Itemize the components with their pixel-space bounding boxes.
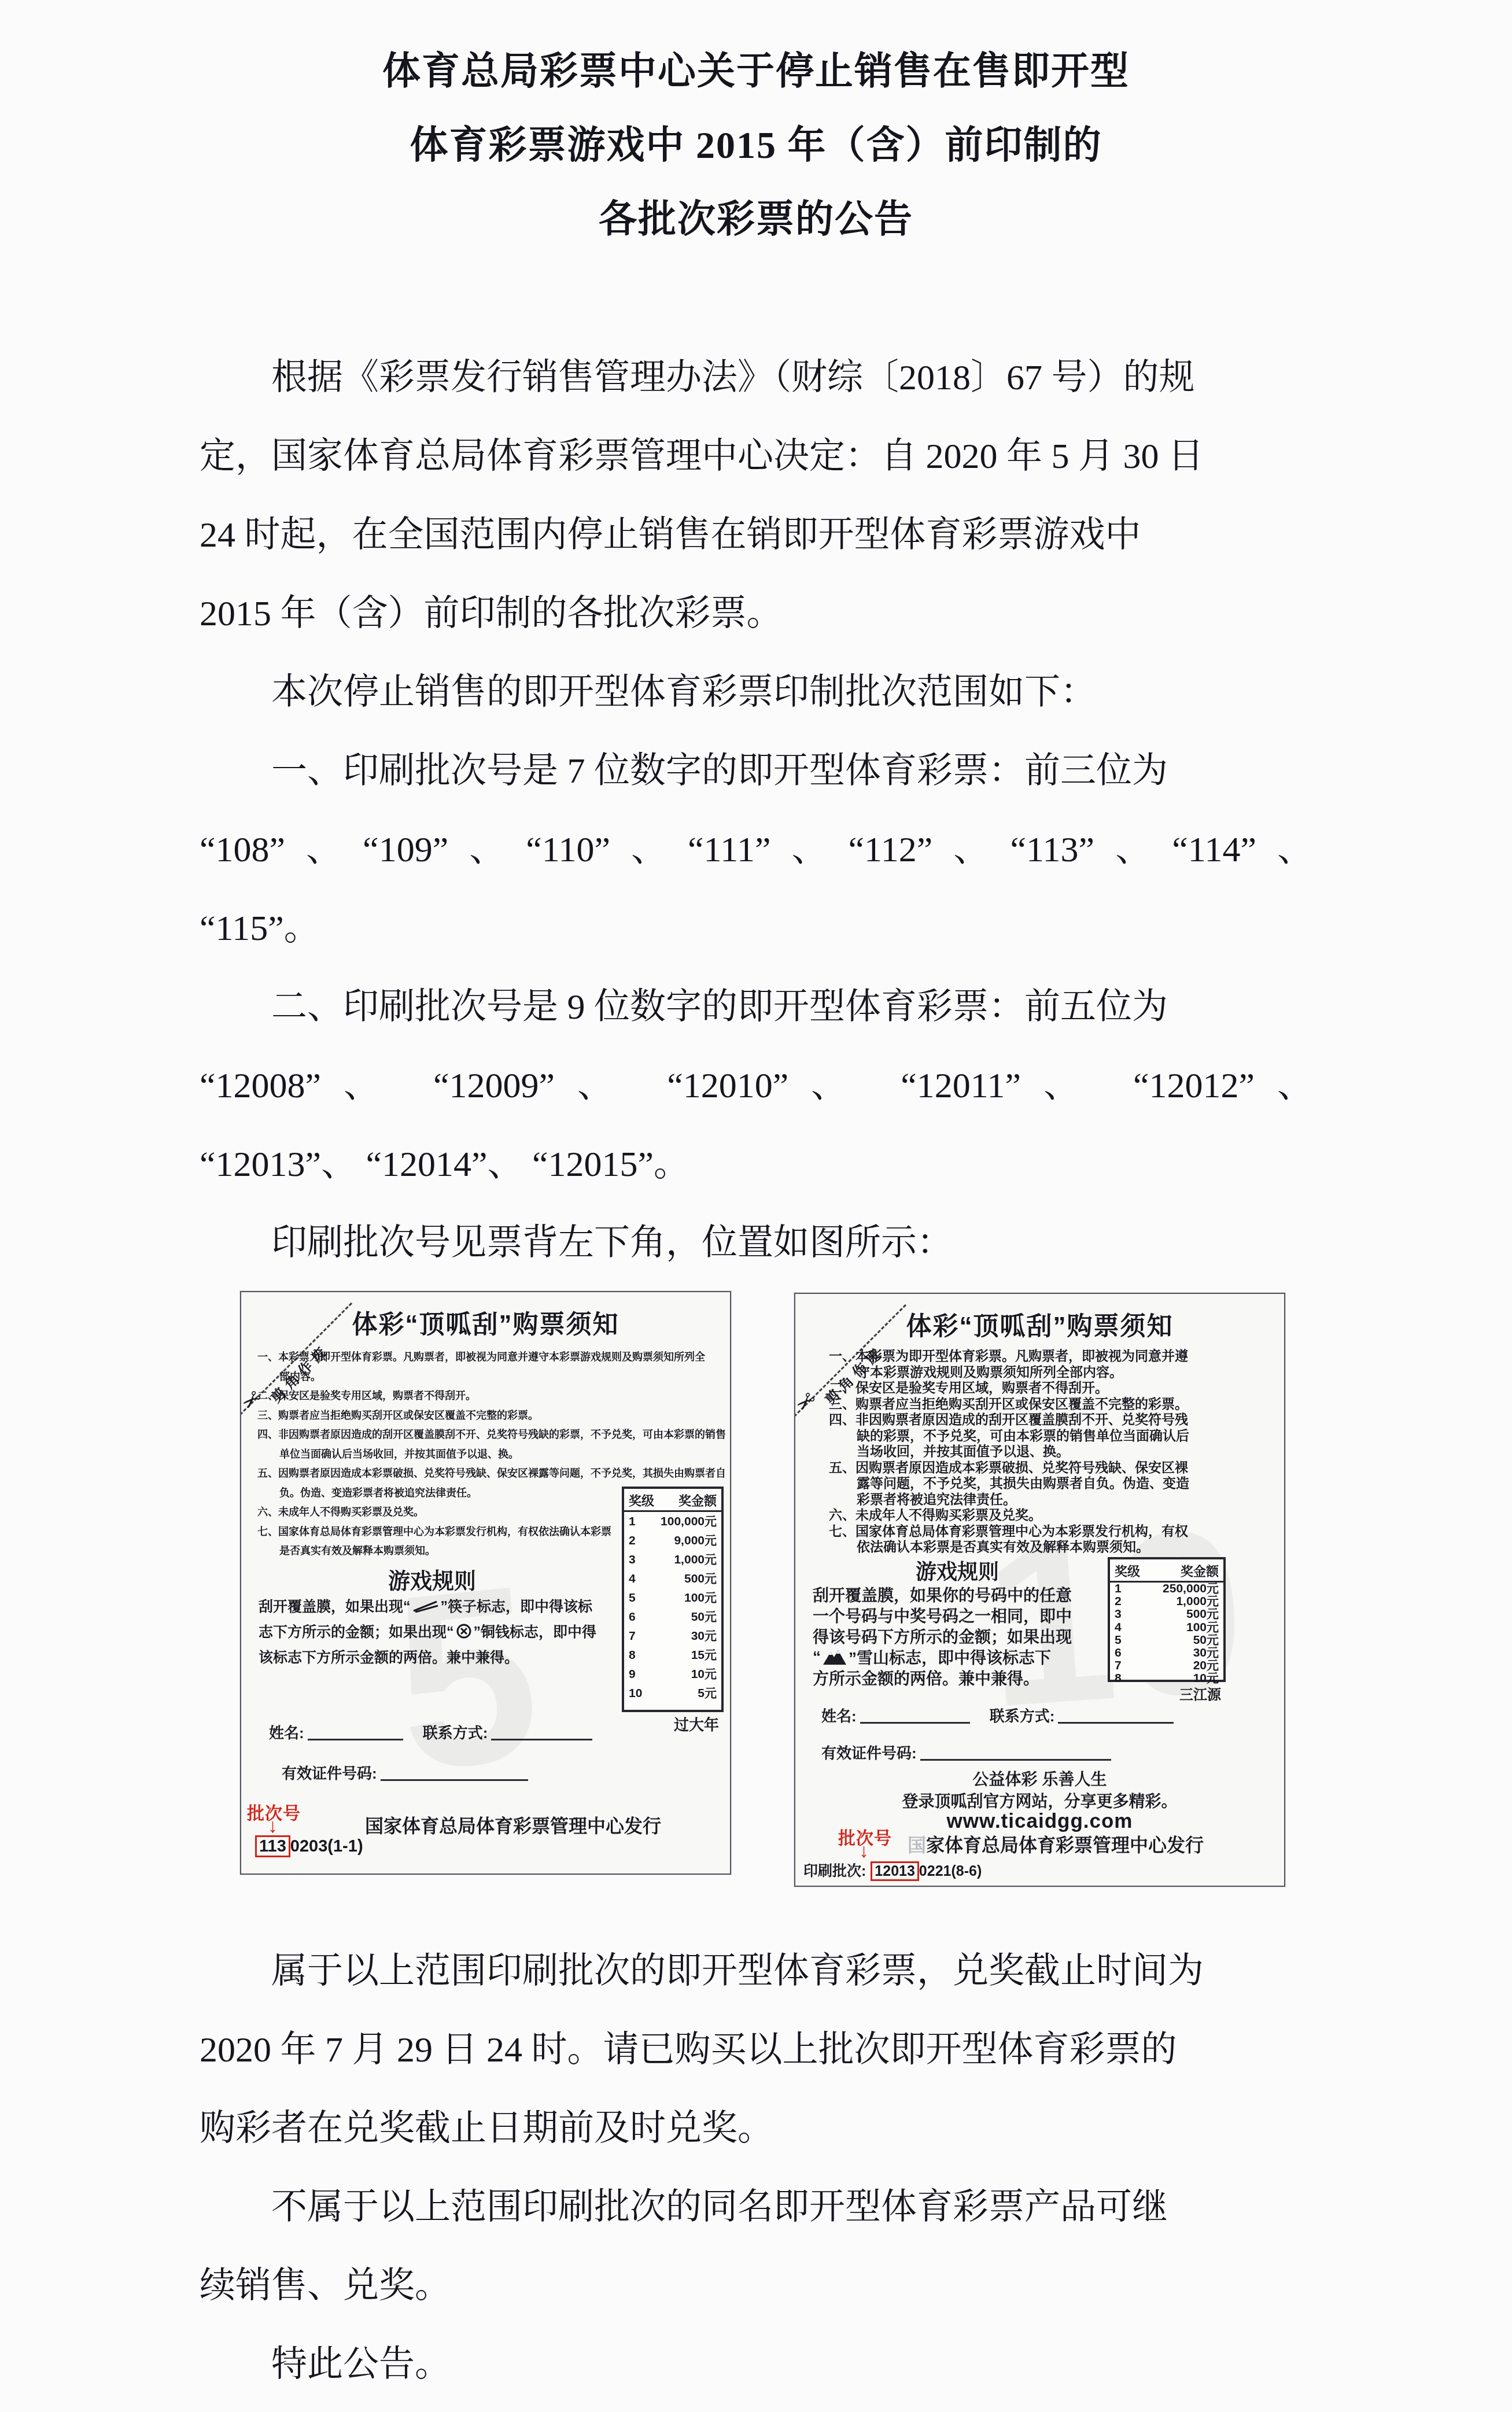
rules-text: 得该号码下方所示的金额；如果出现	[813, 1625, 1072, 1648]
prize-amount: 100元	[684, 1588, 717, 1607]
name-blank-line	[308, 1725, 403, 1740]
prize-level: 3	[629, 1550, 636, 1569]
doc-text-line: 2020 年 7 月 29 日 24 时。请已购买以上批次即开型体育彩票的	[200, 2011, 1313, 2089]
prize-row: 3 500元	[1110, 1608, 1223, 1621]
chopsticks-icon	[412, 1599, 439, 1613]
notice-line: 彩票者将被追究法律责任。	[829, 1492, 1260, 1508]
rules-text: ”筷子标志，即中得该标	[441, 1595, 593, 1616]
prize-amount: 1,000元	[674, 1550, 717, 1569]
doc-text-line: “12008”、 “12009”、 “12010”、 “12011”、 “120…	[200, 1046, 1313, 1125]
batch-number: 1130203(1-1)	[255, 1837, 363, 1856]
scissors-icon: ✂	[794, 1388, 821, 1418]
ticket-back-right: 10 ✂ 剪角作废 体彩“顶呱刮”购票须知 一、本彩票为即开型体育彩票。凡购票者…	[794, 1293, 1285, 1887]
prize-row: 5 100元	[624, 1588, 721, 1607]
notice-line: 一、本彩票为即开型体育彩票。凡购票者，即被视为同意并遵	[829, 1348, 1260, 1364]
notice-line: 五、因购票者原因造成本彩票破损、兑奖符号残缺、保安区裸	[829, 1460, 1260, 1476]
name-label: 姓名:	[821, 1707, 857, 1725]
obscured-char: 国	[908, 1835, 926, 1856]
ticket-notice-title: 体彩“顶呱刮”购票须知	[241, 1304, 730, 1341]
prize-amount: 10元	[691, 1665, 717, 1684]
prize-amount: 5元	[698, 1684, 717, 1703]
game-rules-text: 刮开覆盖膜，如果出现“ ”筷子标志，即中得该标 志下方所示的金额；如果出现“ ”…	[259, 1593, 632, 1669]
name-contact-row: 姓名:联系方式:	[821, 1705, 1174, 1726]
batch-number-highlight: 12013	[871, 1861, 919, 1881]
prize-level: 2	[1115, 1595, 1122, 1608]
prize-row: 2 9,000元	[624, 1531, 721, 1550]
prize-amount: 30元	[691, 1627, 717, 1646]
prize-level-header: 奖级	[629, 1491, 654, 1509]
doc-body-top: 根据《彩票发行销售管理办法》（财综〔2018〕67 号）的规定，国家体育总局体育…	[200, 338, 1313, 1282]
notice-line: 一、本彩票为即开型体育彩票。凡购票者，即被视为同意并遵守本彩票游戏规则及购票须知…	[257, 1348, 720, 1367]
prize-row: 6 50元	[624, 1607, 721, 1627]
name-label: 姓名:	[269, 1724, 304, 1742]
prize-row: 1 250,000元	[1110, 1583, 1223, 1595]
name-contact-row: 姓名:联系方式:	[269, 1721, 592, 1743]
prize-level-header: 奖级	[1115, 1562, 1140, 1580]
website-slogan: 登录顶呱刮官方网站，分享更多精彩。	[795, 1789, 1284, 1812]
game-rules-text: 刮开覆盖膜，如果你的号码中的任意 一个号码与中奖号码之一相同，即中 得该号码下方…	[813, 1584, 1122, 1688]
rules-text: 刮开覆盖膜，如果出现“	[259, 1595, 411, 1616]
rules-text: 该标志下方所示金额的两倍。兼中兼得。	[259, 1646, 519, 1667]
prize-row: 4 500元	[624, 1569, 721, 1588]
prize-level: 4	[1115, 1621, 1122, 1634]
ticket-notice-title: 体彩“顶呱刮”购票须知	[795, 1305, 1284, 1343]
rules-line: 该标志下方所示金额的两倍。兼中兼得。	[259, 1644, 632, 1669]
name-blank-line	[860, 1708, 970, 1724]
snow-mountain-icon	[823, 1649, 847, 1665]
prize-amount: 20元	[1193, 1659, 1219, 1672]
prize-level: 4	[629, 1569, 636, 1588]
notice-line: 四、非因购票者原因造成的刮开区覆盖膜刮不开、兑奖符号残	[829, 1412, 1260, 1428]
prize-table: 奖级 奖金额 1 250,000元 2 1,000元 3 500元 4 100元…	[1108, 1557, 1226, 1682]
prize-row: 6 30元	[1110, 1647, 1223, 1659]
prize-amount: 1,000元	[1176, 1595, 1219, 1608]
prize-amount: 100,000元	[661, 1512, 717, 1531]
rules-line: 志下方所示的金额；如果出现“ ”铜钱标志，即中得	[259, 1618, 632, 1644]
prize-level: 10	[629, 1684, 642, 1703]
doc-text-line: 特此公告。	[200, 2325, 1313, 2404]
notice-line: 三、购票者应当拒绝购买刮开区或保安区覆盖不完整的彩票。	[829, 1396, 1260, 1412]
game-rules-title: 游戏规则	[813, 1556, 1102, 1585]
notice-line: 二、保安区是验奖专用区域，购票者不得刮开。	[257, 1386, 720, 1406]
copper-coin-icon	[456, 1623, 472, 1639]
rules-text: 一个号码与中奖号码之一相同，即中	[813, 1604, 1072, 1627]
rules-text: “	[813, 1648, 821, 1666]
id-blank-line	[920, 1745, 1111, 1761]
prize-level: 3	[1115, 1608, 1122, 1621]
doc-text-line: 属于以上范围印刷批次的即开型体育彩票，兑奖截止时间为	[200, 1932, 1313, 2011]
prize-amount: 250,000元	[1163, 1583, 1219, 1595]
prize-level: 7	[1115, 1659, 1122, 1672]
ticket-back-left: 5 ✂ 剪角作废 体彩“顶呱刮”购票须知 一、本彩票为即开型体育彩票。凡购票者，…	[240, 1291, 731, 1875]
prize-level: 1	[629, 1512, 636, 1531]
id-blank-line	[381, 1765, 528, 1781]
prize-row: 7 30元	[624, 1627, 721, 1646]
rules-text: ”雪山标志，即中得该标志下	[849, 1646, 1051, 1669]
print-batch-row: 印刷批次:120130221(8-6)	[803, 1860, 982, 1880]
prize-row: 4 100元	[1110, 1621, 1223, 1634]
notice-line: 缺的彩票，不予兑奖，可由本彩票的销售单位当面确认后	[829, 1428, 1260, 1444]
doc-title: 体育总局彩票中心关于停止销售在售即开型体育彩票游戏中 2015 年（含）前印制的…	[0, 35, 1512, 257]
notice-line: 六、未成年人不得购买彩票及兑奖。	[829, 1507, 1260, 1524]
prize-row: 1 100,000元	[624, 1512, 721, 1531]
notice-line: 部内容。	[257, 1367, 720, 1387]
doc-body-bottom: 属于以上范围印刷批次的即开型体育彩票，兑奖截止时间为2020 年 7 月 29 …	[200, 1932, 1313, 2404]
notice-line: 七、国家体育总局体育彩票管理中心为本彩票发行机构，有权	[829, 1524, 1260, 1540]
doc-text-line: “12013”、 “12014”、 “12015”。	[200, 1125, 1313, 1204]
rules-text: 刮开覆盖膜，如果你的号码中的任意	[813, 1583, 1072, 1606]
notice-line: 单位当面确认后当场收回，并按其面值予以退、换。	[257, 1445, 720, 1465]
prize-row: 10 5元	[624, 1684, 721, 1703]
arrow-down-icon: ↓	[268, 1816, 278, 1836]
print-batch-label: 印刷批次:	[803, 1863, 866, 1879]
prize-amount-header: 奖金额	[1181, 1562, 1219, 1580]
game-name: 三江源	[1108, 1683, 1221, 1703]
contact-blank-line	[1058, 1708, 1174, 1724]
notice-line: 守本彩票游戏规则及购票须知所列全部内容。	[829, 1364, 1260, 1381]
rules-text: 志下方所示的金额；如果出现“	[259, 1621, 454, 1642]
issuer-text: 家体育总局体育彩票管理中心发行	[926, 1835, 1204, 1856]
doc-text-line: “108”、“109”、“110”、“111”、“112”、“113”、“114…	[200, 810, 1313, 889]
prize-row: 7 20元	[1110, 1659, 1223, 1672]
prize-amount: 500元	[684, 1569, 717, 1588]
prize-amount: 100元	[1186, 1621, 1219, 1634]
doc-title-line: 各批次彩票的公告	[0, 183, 1512, 257]
doc-text-line: 一、印刷批次号是 7 位数字的即开型体育彩票：前三位为	[200, 732, 1313, 810]
doc-text-line: 二、印刷批次号是 9 位数字的即开型体育彩票：前五位为	[200, 968, 1313, 1046]
notice-line: 露等问题，不予兑奖，其损失由购票者自负。伪造、变造	[829, 1476, 1260, 1492]
doc-title-line: 体育总局彩票中心关于停止销售在售即开型	[0, 35, 1512, 109]
doc-text-line: 2015 年（含）前印制的各批次彩票。	[200, 574, 1313, 653]
prize-amount: 500元	[1186, 1608, 1219, 1621]
prize-row: 8 15元	[624, 1646, 721, 1665]
rules-text: 方所示金额的两倍。兼中兼得。	[813, 1666, 1039, 1690]
issuer-line: 国家体育总局体育彩票管理中心发行	[865, 1831, 1247, 1857]
doc-text-line: 24 时起，在全国范围内停止销售在销即开型体育彩票游戏中	[200, 496, 1313, 574]
doc-text-line: 续销售、兑奖。	[200, 2247, 1313, 2325]
doc-title-line: 体育彩票游戏中 2015 年（含）前印制的	[0, 109, 1512, 183]
batch-number-rest: 0221(8-6)	[919, 1863, 982, 1879]
prize-table: 奖级 奖金额 1 100,000元 2 9,000元 3 1,000元 4 50…	[622, 1487, 724, 1712]
rules-text: ”铜钱标志，即中得	[474, 1621, 597, 1642]
doc-text-line: 购彩者在兑奖截止日期前及时兑奖。	[200, 2089, 1313, 2168]
notice-line: 依法确认本彩票是否真实有效及解释本购票须知。	[829, 1539, 1260, 1555]
prize-row: 3 1,000元	[624, 1550, 721, 1569]
doc-text-line: 定，国家体育总局体育彩票管理中心决定：自 2020 年 5 月 30 日	[200, 417, 1313, 496]
prize-amount: 9,000元	[674, 1531, 717, 1550]
contact-blank-line	[491, 1725, 592, 1740]
rules-line: 方所示金额的两倍。兼中兼得。	[813, 1668, 1122, 1688]
prize-level: 6	[1115, 1647, 1122, 1659]
prize-table-header: 奖级 奖金额	[624, 1489, 721, 1512]
doc-text-line: 本次停止销售的即开型体育彩票印制批次范围如下：	[200, 653, 1313, 732]
prize-level: 2	[629, 1531, 636, 1550]
prize-row: 9 10元	[624, 1665, 721, 1684]
game-rules-title: 游戏规则	[259, 1563, 606, 1595]
arrow-down-icon: ↓	[859, 1841, 869, 1861]
contact-label: 联系方式:	[423, 1724, 488, 1742]
prize-amount: 15元	[691, 1646, 717, 1665]
prize-amount: 50元	[691, 1607, 717, 1627]
scanned-announcement-page: { "doc": { "title_lines": [ {"t": "体育总局彩…	[0, 0, 1512, 2412]
prize-amount: 30元	[1193, 1647, 1219, 1659]
prize-level: 1	[1115, 1583, 1122, 1595]
rules-line: 一个号码与中奖号码之一相同，即中	[813, 1605, 1122, 1626]
prize-amount-header: 奖金额	[678, 1491, 717, 1509]
batch-number-highlight: 113	[255, 1835, 290, 1857]
notice-line: 四、非因购票者原因造成的刮开区覆盖膜刮不开、兑奖符号残缺的彩票，不予兑奖，可由本…	[257, 1425, 720, 1445]
rules-line: 刮开覆盖膜，如果出现“ ”筷子标志，即中得该标	[259, 1593, 632, 1618]
id-label: 有效证件号码:	[282, 1765, 377, 1782]
doc-text-line: 印刷批次号见票背左下角，位置如图所示：	[200, 1204, 1313, 1282]
rules-line: 刮开覆盖膜，如果你的号码中的任意	[813, 1584, 1122, 1605]
rules-line: 得该号码下方所示的金额；如果出现	[813, 1626, 1122, 1647]
prize-amount: 50元	[1193, 1634, 1219, 1647]
prize-row: 5 50元	[1110, 1634, 1223, 1647]
issuer-line: 国家体育总局体育彩票管理中心发行	[311, 1812, 716, 1838]
rules-line: “ ”雪山标志，即中得该标志下	[813, 1647, 1122, 1668]
notice-line: 五、因购票者原因造成本彩票破损、兑奖符号残缺、保安区裸露等问题，不予兑奖，其损失…	[257, 1464, 720, 1484]
id-label: 有效证件号码:	[821, 1745, 917, 1762]
id-number-row: 有效证件号码:	[282, 1762, 528, 1783]
game-name: 过大年	[622, 1713, 719, 1735]
prize-table-header: 奖级 奖金额	[1110, 1559, 1223, 1583]
id-number-row: 有效证件号码:	[821, 1742, 1111, 1763]
notice-line: 当场收回，并按其面值予以退、换。	[829, 1444, 1260, 1460]
doc-text-line: 根据《彩票发行销售管理办法》（财综〔2018〕67 号）的规	[200, 338, 1313, 417]
batch-number-rest: 0203(1-1)	[290, 1837, 363, 1856]
prize-row: 2 1,000元	[1110, 1595, 1223, 1608]
contact-label: 联系方式:	[990, 1707, 1055, 1725]
notice-line: 三、购票者应当拒绝购买刮开区或保安区覆盖不完整的彩票。	[257, 1406, 720, 1426]
charity-slogan: 公益体彩 乐善人生	[795, 1767, 1284, 1790]
notice-line: 二、保安区是验奖专用区域，购票者不得刮开。	[829, 1380, 1260, 1396]
purchase-notice-list: 一、本彩票为即开型体育彩票。凡购票者，即被视为同意并遵守本彩票游戏规则及购票须知…	[829, 1348, 1260, 1555]
prize-level: 5	[1115, 1634, 1122, 1647]
doc-text-line: 不属于以上范围印刷批次的同名即开型体育彩票产品可继	[200, 2168, 1313, 2247]
doc-text-line: “115”。	[200, 889, 1313, 968]
